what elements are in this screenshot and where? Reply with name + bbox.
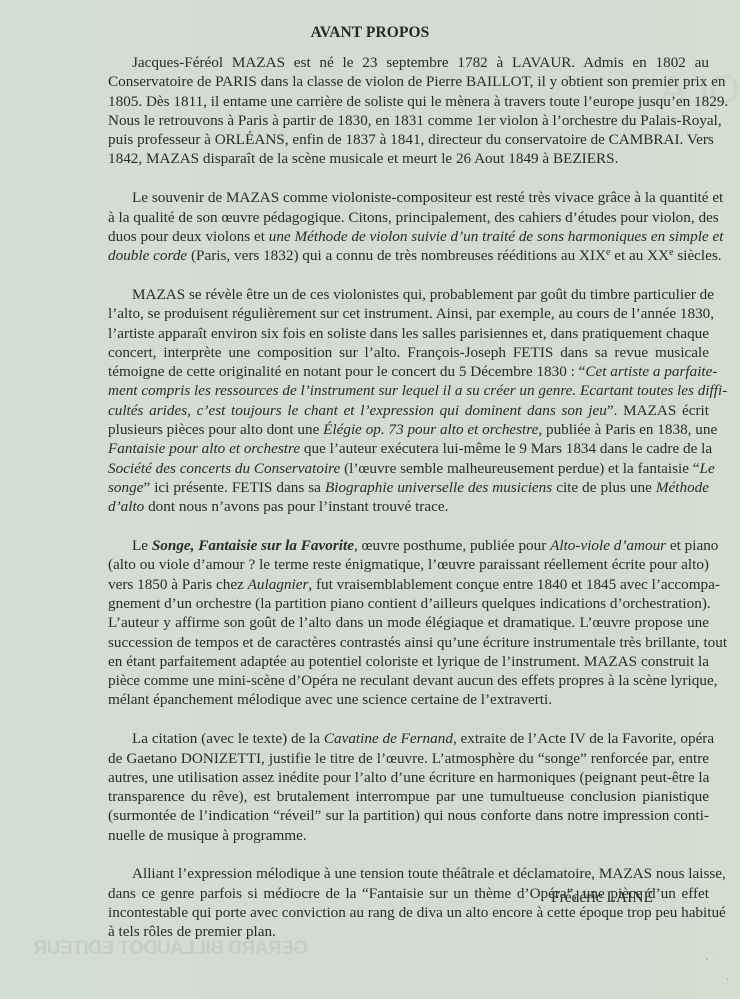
paragraph-songe-description: Le Songe, Fantaisie sur la Favorite, œuv… xyxy=(108,536,709,710)
text-line: 1805. Dès 1811, il entame une carrière d… xyxy=(108,92,709,111)
paper-speck xyxy=(706,958,708,960)
text-line: cultés arides, c’est toujours le chant e… xyxy=(108,401,709,420)
text-line: Le Songe, Fantaisie sur la Favorite, œuv… xyxy=(108,536,709,555)
text-line: Société des concerts du Conservatoire (l… xyxy=(108,459,709,478)
text-line: La citation (avec le texte) de la Cavati… xyxy=(108,729,709,748)
text-line: à la qualité de son œuvre pédagogique. C… xyxy=(108,208,709,227)
text-line: Conservatoire de PARIS dans la classe de… xyxy=(108,72,709,91)
text-line: en étant parfaitement adaptée au potenti… xyxy=(108,652,709,671)
text-line: Le souvenir de MAZAS comme violoniste-co… xyxy=(108,188,709,207)
text-line: pièce comme une mini-scène d’Opéra ne re… xyxy=(108,671,709,690)
body-text: Jacques-Féréol MAZAS est né le 23 septem… xyxy=(108,53,709,961)
text-line: mélant épanchement mélodique avec une sc… xyxy=(108,690,709,709)
text-line: (alto ou viole d’amour ? le terme reste … xyxy=(108,555,709,574)
paragraph-pedagogical-works: Le souvenir de MAZAS comme violoniste-co… xyxy=(108,188,709,265)
text-line: Nous le retrouvons à Paris à partir de 1… xyxy=(108,111,709,130)
text-line: L’auteur y affirme son goût de l’alto da… xyxy=(108,613,709,632)
text-line: gnement d’un orchestre (la partition pia… xyxy=(108,594,709,613)
text-line: Fantaisie pour alto et orchestre que l’a… xyxy=(108,439,709,458)
text-line: songe” ici présente. FETIS dans sa Biogr… xyxy=(108,478,709,497)
text-line: MAZAS se révèle être un de ces violonist… xyxy=(108,285,709,304)
text-line: autres, une utilisation assez inédite po… xyxy=(108,768,709,787)
text-line: 1842, MAZAS disparaît de la scène musica… xyxy=(108,149,709,168)
text-line: témoigne de cette originalité en notant … xyxy=(108,362,709,381)
text-line: ment compris les ressources de l’instrum… xyxy=(108,381,709,400)
text-line: nuelle de musique à programme. xyxy=(108,826,709,845)
page-title: AVANT PROPOS xyxy=(0,24,740,42)
text-line: Alliant l’expression mélodique à une ten… xyxy=(108,864,709,883)
text-line: Jacques-Féréol MAZAS est né le 23 septem… xyxy=(108,53,709,72)
paper-speck xyxy=(727,978,728,980)
paragraph-alto-works: MAZAS se révèle être un de ces violonist… xyxy=(108,285,709,517)
document-page: VIOLA GERARD BILLAUDOT EDITEUR AVANT PRO… xyxy=(0,0,740,999)
text-line: double corde (Paris, vers 1832) qui a co… xyxy=(108,246,709,265)
text-line: concert, interprète une composition sur … xyxy=(108,343,709,362)
text-line: succession de tempos et de caractères co… xyxy=(108,633,709,652)
text-line: plusieurs pièces pour alto dont une Élég… xyxy=(108,420,709,439)
paragraph-cavatine-citation: La citation (avec le texte) de la Cavati… xyxy=(108,729,709,845)
text-line: vers 1850 à Paris chez Aulagnier, fut vr… xyxy=(108,575,709,594)
text-line: (surmontée de l’indication “réveil” sur … xyxy=(108,806,709,825)
text-line: d’alto dont nous n’avons pas pour l’inst… xyxy=(108,497,709,516)
text-line: l’artiste apparaît environ six fois en s… xyxy=(108,324,709,343)
text-line: puis professeur à ORLÉANS, enfin de 1837… xyxy=(108,130,709,149)
author-signature: Frédéric LAINÉ xyxy=(551,889,653,907)
text-line: transparence du rêve), est brutalement i… xyxy=(108,787,709,806)
text-line: l’alto, se produisent régulièrement sur … xyxy=(108,304,709,323)
text-line: duos pour deux violons et une Méthode de… xyxy=(108,227,709,246)
text-line: à tels rôles de premier plan. xyxy=(108,922,709,941)
paper-speck xyxy=(713,957,714,958)
text-line: de Gaetano DONIZETTI, justifie le titre … xyxy=(108,749,709,768)
paragraph-biography: Jacques-Féréol MAZAS est né le 23 septem… xyxy=(108,53,709,169)
